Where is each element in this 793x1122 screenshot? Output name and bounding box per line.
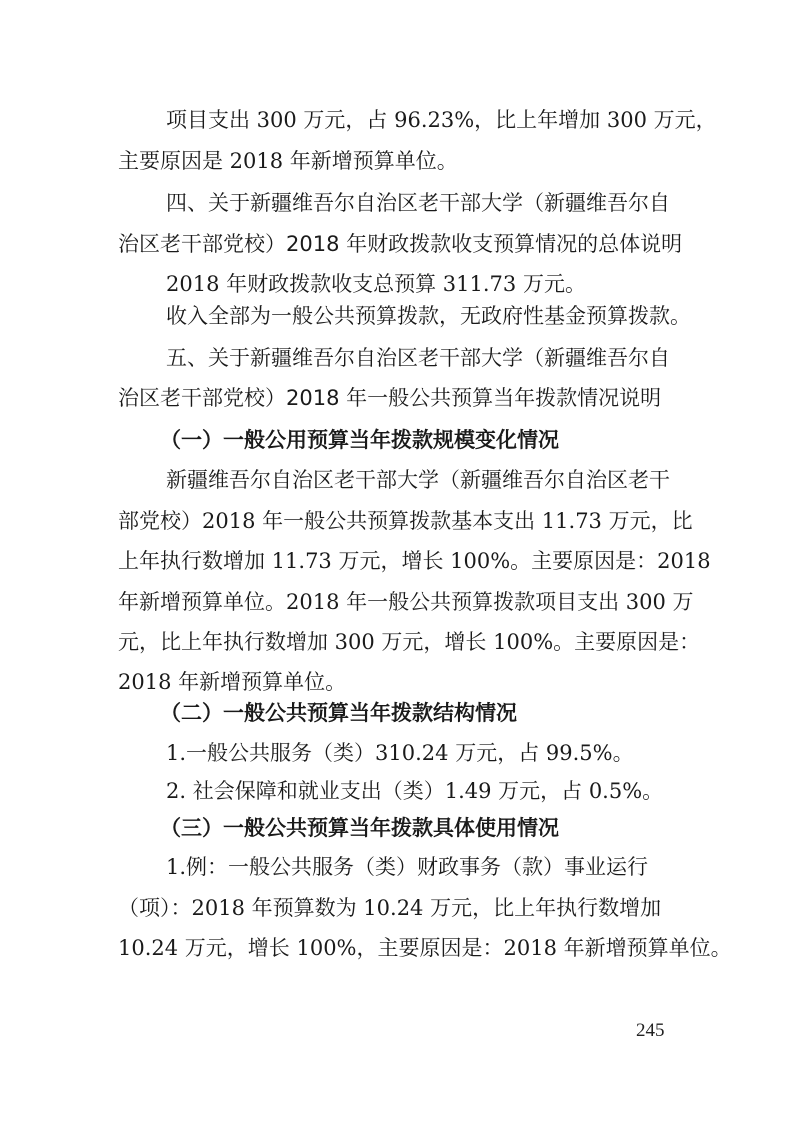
- paragraph-line: 新疆维吾尔自治区老干部大学（新疆维吾尔自治区老干: [166, 467, 670, 493]
- subheading-1: （一）一般公用预算当年拨款规模变化情况: [160, 427, 559, 453]
- paragraph-line: 收入全部为一般公共预算拨款，无政府性基金预算拨款。: [166, 303, 691, 329]
- paragraph-line: 主要原因是 2018 年新增预算单位。: [118, 148, 458, 174]
- paragraph-line: 2018 年新增预算单位。: [118, 669, 346, 695]
- section-heading-5: 五、关于新疆维吾尔自治区老干部大学（新疆维吾尔自: [166, 345, 670, 371]
- paragraph-line: 元，比上年执行数增加 300 万元，增长 100%。主要原因是：: [118, 629, 700, 655]
- paragraph-line: （项）：2018 年预算数为 10.24 万元，比上年执行数增加: [118, 895, 661, 921]
- paragraph-line: 上年执行数增加 11.73 万元，增长 100%。主要原因是：2018: [118, 548, 711, 574]
- paragraph-line: 10.24 万元，增长 100%，主要原因是：2018 年新增预算单位。: [118, 935, 732, 961]
- paragraph-line: 2018 年财政拨款收支总预算 311.73 万元。: [166, 271, 586, 297]
- section-heading-4: 四、关于新疆维吾尔自治区老干部大学（新疆维吾尔自: [166, 190, 670, 216]
- list-item: 2. 社会保障和就业支出（类）1.49 万元，占 0.5%。: [166, 778, 663, 804]
- paragraph-line: 部党校）2018 年一般公共预算拨款基本支出 11.73 万元，比: [118, 508, 693, 534]
- paragraph-line: 项目支出 300 万元，占 96.23%，比上年增加 300 万元，: [166, 107, 684, 133]
- section-heading-4-cont: 治区老干部党校）2018 年财政拨款收支预算情况的总体说明: [118, 231, 682, 257]
- paragraph-line: 年新增预算单位。2018 年一般公共预算拨款项目支出 300 万: [118, 589, 694, 615]
- subheading-3: （三）一般公共预算当年拨款具体使用情况: [160, 815, 559, 841]
- section-heading-5-cont: 治区老干部党校）2018 年一般公共预算当年拨款情况说明: [118, 385, 661, 411]
- paragraph-line: 1.例：一般公共服务（类）财政事务（款）事业运行: [166, 854, 648, 880]
- list-item: 1.一般公共服务（类）310.24 万元，占 99.5%。: [166, 740, 634, 766]
- page-number: 245: [636, 1020, 665, 1042]
- subheading-2: （二）一般公共预算当年拨款结构情况: [160, 700, 517, 726]
